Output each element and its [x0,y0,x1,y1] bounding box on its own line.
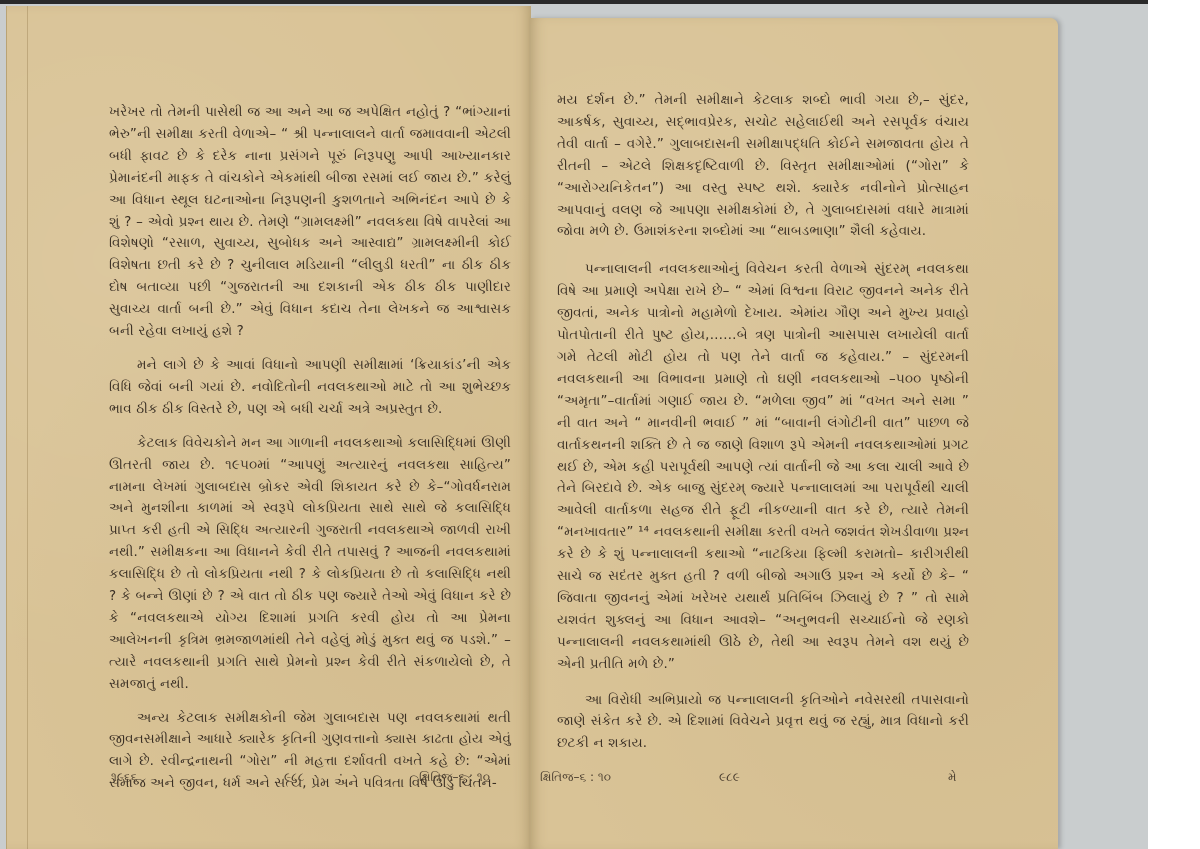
journal-issue: ક્ષિતિજ–૬ : ૧૦ [540,770,611,785]
footer-month: મે [948,770,956,785]
left-page-body: ખરેખર તો તેમની પાસેથી જ આ અને આ જ અપેક્ષ… [109,102,511,795]
paragraph: મય દર્શન છે.” તેમની સમીક્ષાને કેટલાક શબ્… [557,90,969,243]
paragraph: કેટલાક વિવેચકોને મન આ ગાળાની નવલકથાઓ કલા… [109,433,511,696]
footer-year: ૧૯૬૬ [111,770,137,785]
page-number: ૯૮૯ [719,770,740,785]
paragraph: મને લાગે છે કે આવાં વિધાનો આપણી સમીક્ષામ… [109,355,511,421]
paragraph: પન્નાલાલની નવલકથાઓનું વિવેચન કરતી વેળાએ … [557,259,969,675]
paragraph: આ વિરોધી અભિપ્રાયો જ પન્નાલાલની કૃતિઓને … [557,690,969,756]
footer-dot: · [339,768,343,782]
right-page-body: મય દર્શન છે.” તેમની સમીક્ષાને કેટલાક શબ્… [557,90,969,755]
page-edge-line [27,6,28,849]
right-page: મય દર્શન છે.” તેમની સમીક્ષાને કેટલાક શબ્… [530,18,1058,849]
page-number: ૯૮૮ [284,770,304,785]
paragraph: ખરેખર તો તેમની પાસેથી જ આ અને આ જ અપેક્ષ… [109,102,511,343]
left-page: ખરેખર તો તેમની પાસેથી જ આ અને આ જ અપેક્ષ… [6,6,531,849]
journal-issue: ક્ષિતિજ–૬ : ૧૦ [419,770,490,785]
